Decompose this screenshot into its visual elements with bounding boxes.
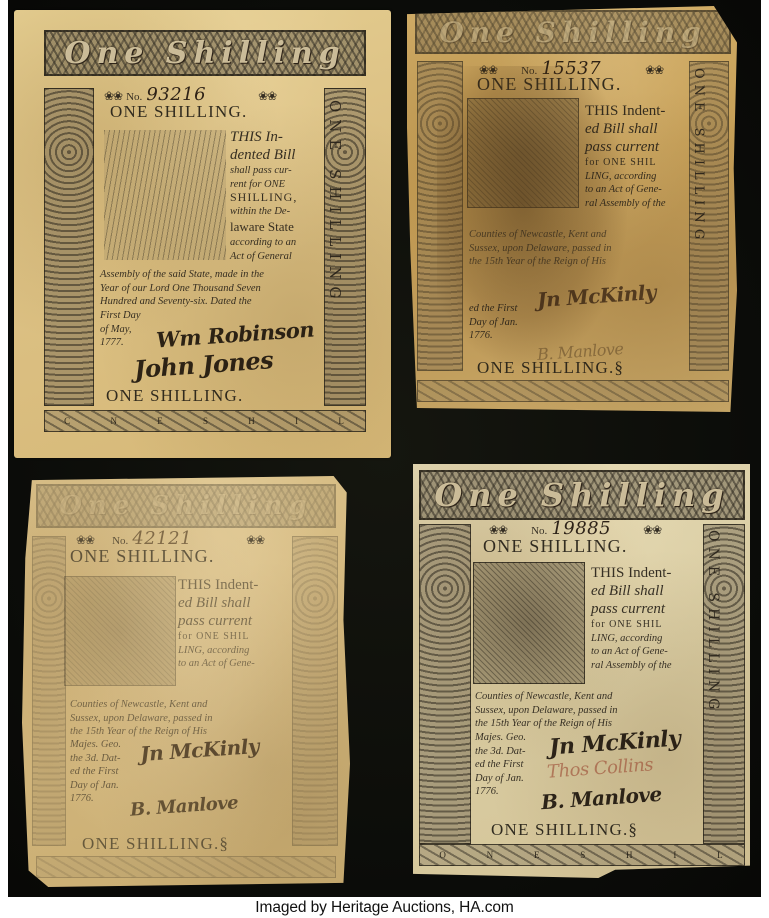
body-text-full: Counties of Newcastle, Kent and Sussex, … [70,698,290,739]
body-text-column: THIS Indent- ed Bill shall pass current … [585,102,689,210]
body-text-column: THIS Indent- ed Bill shall pass current … [178,576,288,671]
bottom-band [417,380,729,402]
signature: Jn McKinly [548,725,681,760]
body-text-column: THIS Indent- ed Bill shall pass current … [591,564,701,672]
body-text-full: Counties of Newcastle, Kent and Sussex, … [475,690,701,731]
left-border [32,536,66,846]
banknote-delaware-1776-b: One Shilling ❀❀ No. 42121 ❀❀ ONE SHILLIN… [22,476,350,887]
ornament-icon: ❀❀ [258,89,276,104]
side-text: ONE SHILLING [705,530,721,715]
signature: John Jones [133,345,274,384]
ornament-icon: ❀❀ [645,63,663,78]
body-text-column: THIS In- dented Bill shall pass cur- ren… [230,128,326,263]
issue-date: Majes. Geo. the 3d. Dat- ed the First Da… [475,731,526,799]
bottom-band: CNESHIL [44,410,366,432]
vignette-illustration [104,130,226,260]
issue-date: Majes. Geo. the 3d. Dat- ed the First Da… [70,738,121,806]
right-border [292,536,338,846]
vignette-illustration [64,576,176,686]
bottom-band [36,856,336,878]
banknote-delaware-1776-c: One Shilling ONE SHILLING ❀❀ No. 19885 ❀… [413,464,750,878]
denomination-top: ONE SHILLING. [483,536,628,557]
header-band: One Shilling [44,30,366,76]
side-text: ONE SHILLING [691,68,706,245]
photo-background: One Shilling ONE SHILLING ❀❀ No. 93216 ❀… [8,0,761,897]
ornament-icon: ❀❀ [246,533,264,548]
issue-date: First Day of May, 1777. [100,309,141,350]
side-text: ONE SHILLING [326,100,344,305]
banknote-delaware-1776-a: One Shilling ONE SHILLING ❀❀ No. 15537 ❀… [407,6,737,412]
header-band: One Shilling [36,484,336,528]
header-band: One Shilling [419,470,745,520]
denomination-bottom: ONE SHILLING. [106,386,243,406]
denomination-bottom: ONE SHILLING.§ [82,834,229,854]
left-border [44,88,94,406]
header-script: One Shilling [64,36,345,71]
denomination-bottom: ONE SHILLING.§ [491,820,638,840]
banknote-delaware-1777: One Shilling ONE SHILLING ❀❀ No. 93216 ❀… [14,10,391,458]
header-band: One Shilling [415,10,731,54]
body-text-full: Assembly of the said State, made in the … [100,268,324,309]
issue-date: ed the First Day of Jan. 1776. [469,302,518,343]
denomination-bottom: ONE SHILLING.§ [477,358,624,378]
body-text-full: Counties of Newcastle, Kent and Sussex, … [469,228,687,269]
header-script: One Shilling [439,16,706,49]
header-script: One Shilling [434,476,729,514]
header-script: One Shilling [59,491,312,521]
vignette-illustration [473,562,585,684]
bottom-band: ONESHIL [419,844,745,866]
denomination-top: ONE SHILLING. [110,102,247,122]
left-border [419,524,471,844]
ornament-icon: ❀❀ [643,523,661,538]
denomination-top: ONE SHILLING. [70,546,215,567]
image-credit-caption: Imaged by Heritage Auctions, HA.com [0,897,769,918]
signature: B. Manlove [540,782,662,814]
